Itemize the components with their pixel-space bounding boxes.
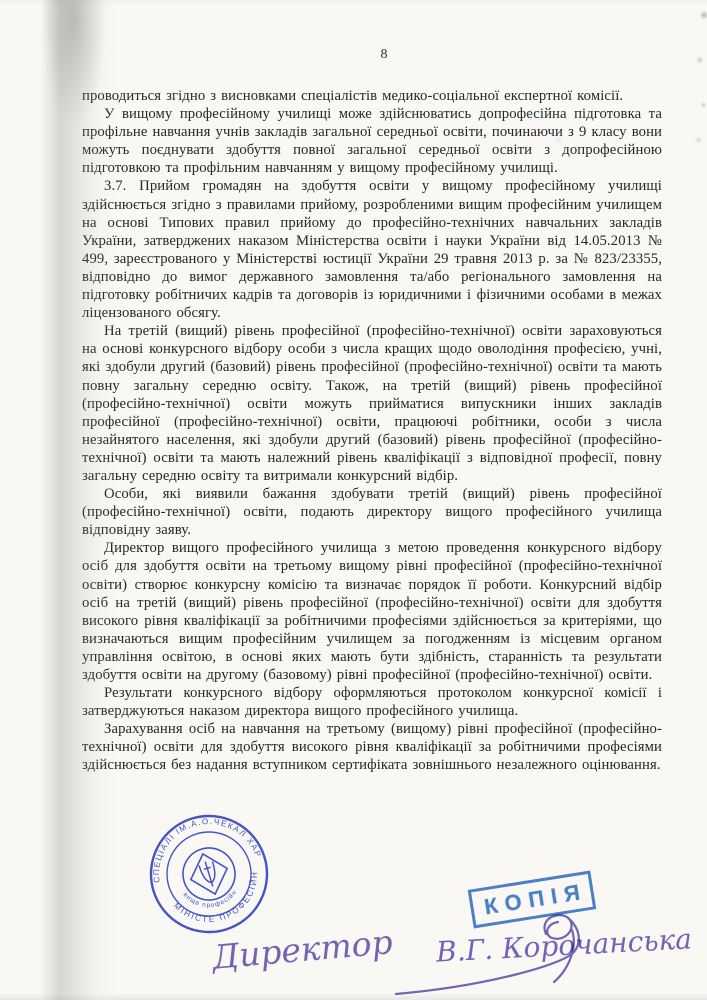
document-paragraph: У вищому професійному училищі може здійс… <box>82 105 662 177</box>
document-paragraph: 3.7. Прийом громадян на здобуття освіти … <box>82 177 662 322</box>
round-seal-stamp: СПЕЦІАЛІ ІМ.А.О.ЧЕКАЛ ХАРКІВ МІНІСТЕ ПРО… <box>127 792 292 957</box>
document-paragraph: проводиться згідно з висновками спеціалі… <box>82 87 662 105</box>
document-paragraph: Зарахування осіб на навчання на третьому… <box>82 720 662 774</box>
tryzub-emblem-icon <box>185 848 234 899</box>
document-paragraph: Особи, які виявили бажання здобувати тре… <box>82 485 662 539</box>
page-number: 8 <box>372 47 396 63</box>
scanned-document-page: 8 проводиться згідно з висновками спеціа… <box>0 0 707 1000</box>
document-paragraph: Директор вищого професійного училища з м… <box>82 539 662 684</box>
document-paragraph: Результати конкурсного відбору оформляют… <box>82 684 662 720</box>
document-body-text: проводиться згідно з висновками спеціалі… <box>82 87 662 775</box>
document-paragraph: На третій (вищий) рівень професійної (пр… <box>82 322 662 485</box>
